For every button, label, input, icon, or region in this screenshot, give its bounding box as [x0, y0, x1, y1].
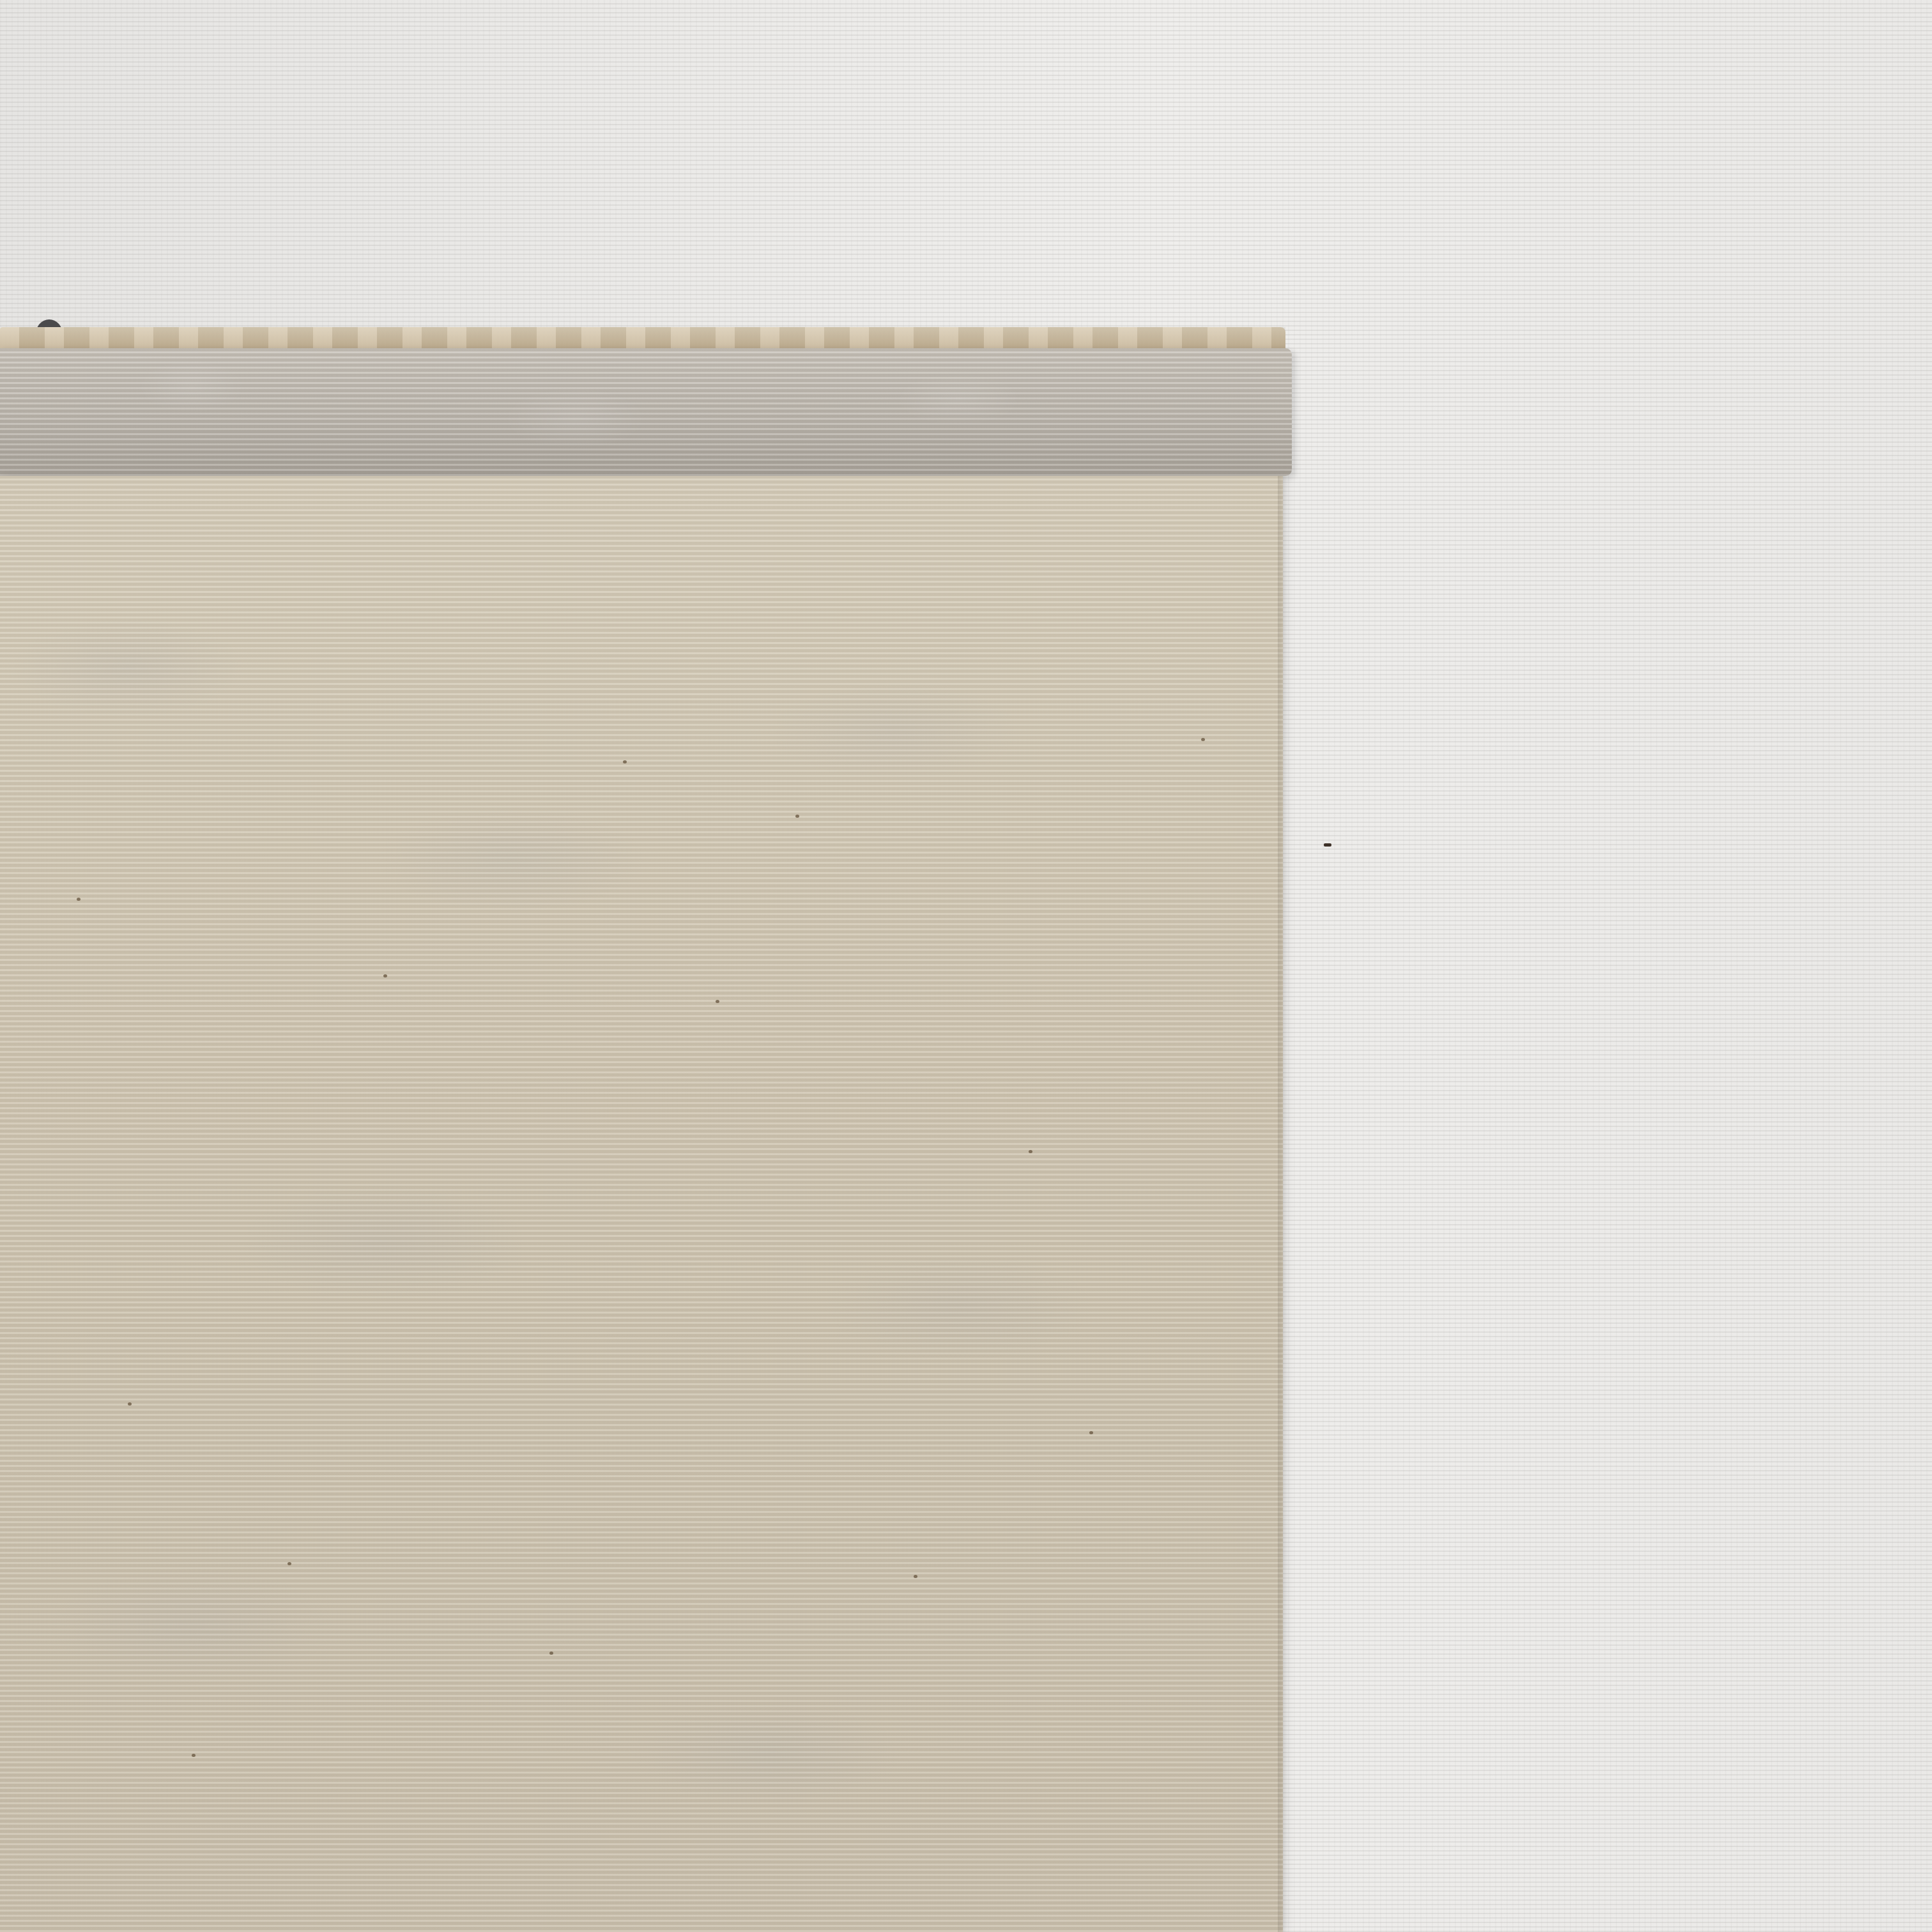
fabric-speck — [192, 1754, 195, 1757]
fabric-speck — [287, 1562, 291, 1565]
fabric-speck — [1089, 1431, 1093, 1434]
fabric-speck — [914, 1575, 917, 1578]
fabric-speck — [128, 1402, 132, 1406]
scroll-top-roller — [0, 348, 1292, 476]
fabric-edge-shadow — [1278, 476, 1287, 1932]
fabric-speck — [549, 1652, 553, 1655]
fabric-speck — [716, 1000, 719, 1003]
fabric-speck — [77, 898, 80, 901]
fabric-speck — [1201, 738, 1205, 741]
fabric-speck — [623, 760, 627, 763]
wall-mark — [1324, 843, 1331, 847]
scroll-fabric — [0, 476, 1283, 1932]
fabric-speck — [383, 974, 387, 977]
fabric-speck — [1029, 1150, 1032, 1153]
photo-scene — [0, 0, 1932, 1932]
fabric-speck — [795, 815, 799, 818]
